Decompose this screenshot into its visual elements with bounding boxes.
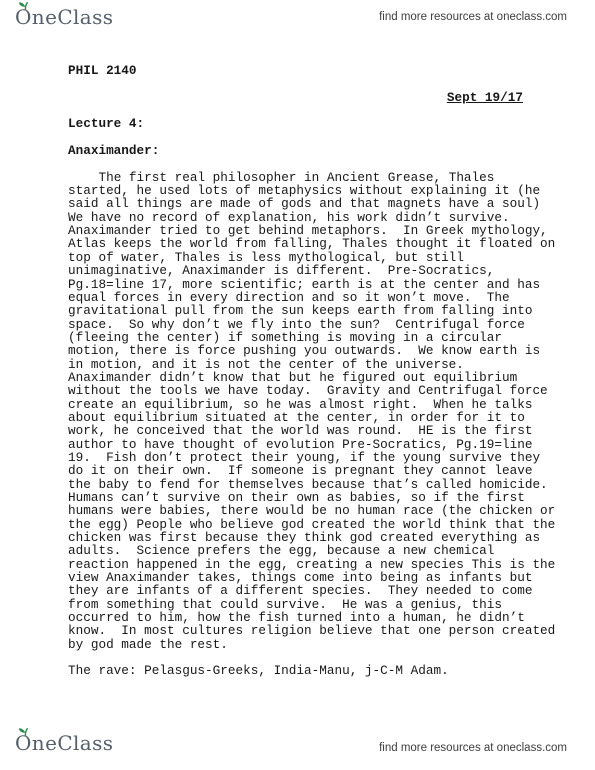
leaf-icon — [18, 1, 32, 11]
lecture-title: Lecture 4: — [68, 117, 570, 130]
oneclass-logo: OneClass — [15, 731, 113, 755]
header-tagline-link[interactable]: find more resources at oneclass.com — [379, 10, 567, 25]
closing-line: The rave: Pelasgus-Greeks, India-Manu, j… — [68, 664, 570, 677]
course-code: PHIL 2140 — [68, 64, 570, 77]
topic-heading: Anaximander: — [68, 144, 570, 157]
header: OneClass find more resources at oneclass… — [0, 3, 595, 39]
oneclass-logo: OneClass — [15, 5, 113, 29]
leaf-icon — [18, 727, 32, 737]
document-page: OneClass find more resources at oneclass… — [0, 0, 595, 770]
footer-tagline-link[interactable]: find more resources at oneclass.com — [379, 741, 567, 756]
notes-paragraph: The first real philosopher in Ancient Gr… — [68, 171, 570, 651]
lecture-date: Sept 19/17 — [68, 91, 570, 104]
footer: OneClass find more resources at oneclass… — [0, 729, 595, 765]
lecture-notes: PHIL 2140 Sept 19/17 Lecture 4: Anaximan… — [68, 64, 570, 678]
